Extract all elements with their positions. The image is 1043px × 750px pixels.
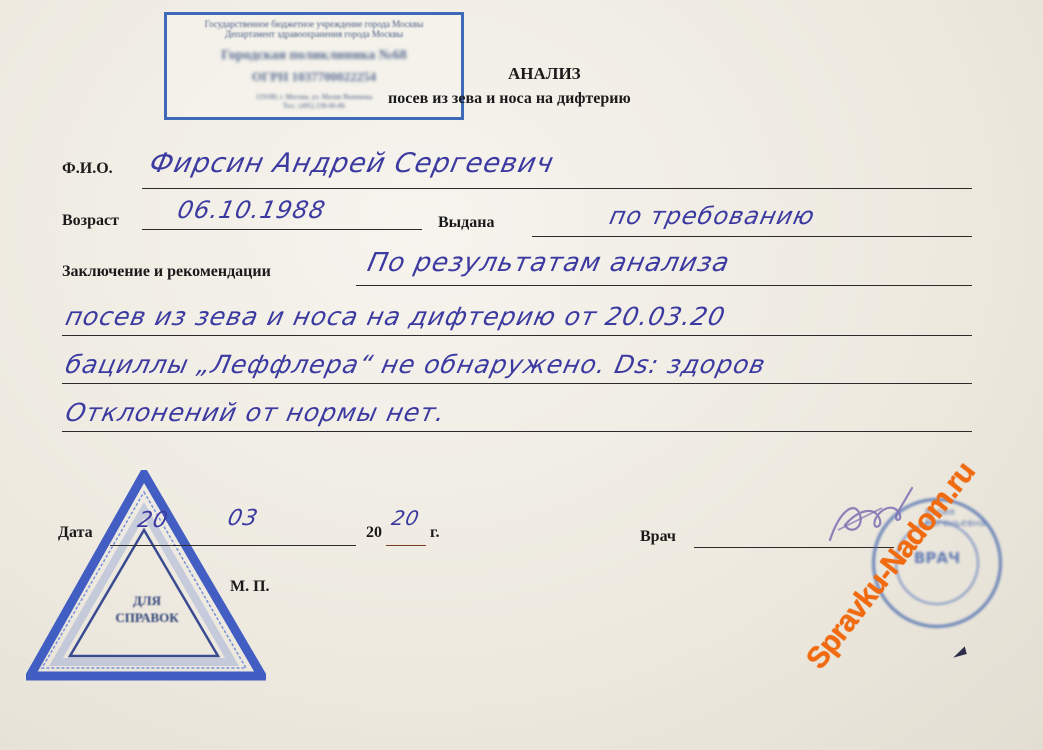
age-label: Возраст <box>62 212 119 230</box>
triangle-stamp-text-2: СПРАВОК <box>105 609 189 626</box>
stamp-line-3: Городская поликлиника №68 <box>167 48 461 64</box>
date-month: 03 <box>225 506 260 531</box>
triangle-stamp-text: ДЛЯ СПРАВОК <box>105 592 189 626</box>
date-label: Дата <box>58 524 93 542</box>
conclusion-text-1: По результатам анализа <box>365 248 733 278</box>
conclusion-line-3 <box>62 383 972 384</box>
stamp-line-1: Государственное бюджетное учреждение гор… <box>167 19 461 29</box>
date-day: 20 <box>135 508 170 533</box>
date-year-line <box>386 545 426 546</box>
date-year-prefix: 20 <box>366 524 382 542</box>
age-value: 06.10.1988 <box>175 196 328 224</box>
issued-line <box>532 236 972 237</box>
issued-label: Выдана <box>438 214 494 232</box>
document-title: АНАЛИЗ <box>508 64 581 84</box>
conclusion-text-3: бациллы „Леффлера“ не обнаружено. Ds: зд… <box>63 350 769 379</box>
seal-label: М. П. <box>230 578 270 596</box>
date-year-suffix: 20 <box>389 506 422 530</box>
triangle-stamp-text-1: ДЛЯ <box>105 592 189 609</box>
date-year-unit: г. <box>430 524 439 542</box>
conclusion-label: Заключение и рекомендации <box>62 263 271 281</box>
conclusion-line-4 <box>62 431 972 432</box>
doctor-label: Врач <box>640 528 676 546</box>
fio-line <box>142 188 972 189</box>
conclusion-line-1 <box>356 285 972 286</box>
fio-value: Фирсин Андрей Сергеевич <box>147 148 557 179</box>
issued-value: по требованию <box>607 202 818 230</box>
fio-label: Ф.И.О. <box>62 160 113 178</box>
conclusion-line-2 <box>62 335 972 336</box>
conclusion-text-2: посев из зева и носа на дифтерию от 20.0… <box>63 302 728 331</box>
stamp-line-2: Департамент здравоохранения города Москв… <box>167 29 461 39</box>
date-line <box>110 545 356 546</box>
stamp-line-4: ОГРН 1037700022254 <box>167 69 461 85</box>
watermark-arrow-icon <box>951 646 967 657</box>
document-subtitle: посев из зева и носа на дифтерию <box>388 90 631 108</box>
conclusion-text-4: Отклонений от нормы нет. <box>63 398 448 427</box>
age-line <box>142 229 422 230</box>
